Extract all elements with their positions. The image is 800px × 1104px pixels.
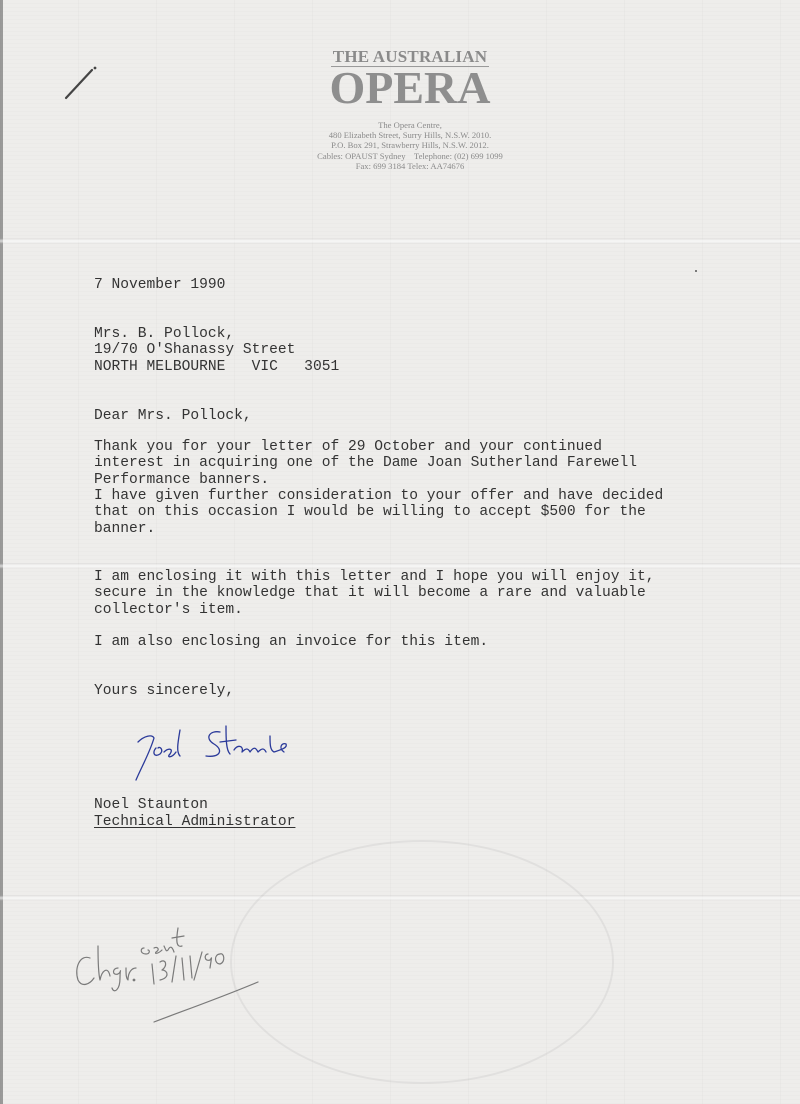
watermark-emblem bbox=[230, 840, 614, 1084]
org-address: The Opera Centre, 480 Elizabeth Street, … bbox=[290, 120, 530, 171]
scan-edge bbox=[0, 0, 3, 1104]
address-line: Cables: OPAUST Sydney Telephone: (02) 69… bbox=[290, 151, 530, 161]
letter-date: 7 November 1990 bbox=[94, 277, 225, 293]
signature: Noel Staunton bbox=[130, 722, 300, 787]
handwritten-annotation: Chq. sent 13/11/90 bbox=[70, 918, 270, 1028]
ink-speck bbox=[695, 270, 697, 272]
recipient-line: NORTH MELBOURNE VIC 3051 bbox=[94, 359, 339, 375]
signer-title: Technical Administrator bbox=[94, 814, 295, 830]
address-line: The Opera Centre, bbox=[290, 120, 530, 130]
address-line: P.O. Box 291, Strawberry Hills, N.S.W. 2… bbox=[290, 140, 530, 150]
salutation: Dear Mrs. Pollock, bbox=[94, 408, 252, 424]
closing: Yours sincerely, bbox=[94, 683, 234, 699]
address-line: Fax: 699 3184 Telex: AA74676 bbox=[290, 161, 530, 171]
recipient-line: Mrs. B. Pollock, bbox=[94, 326, 339, 342]
address-line: 480 Elizabeth Street, Surry Hills, N.S.W… bbox=[290, 130, 530, 140]
body-paragraph: I have given further consideration to yo… bbox=[94, 488, 663, 537]
body-paragraph: Thank you for your letter of 29 October … bbox=[94, 439, 637, 488]
recipient-line: 19/70 O'Shanassy Street bbox=[94, 342, 339, 358]
body-paragraph: I am enclosing it with this letter and I… bbox=[94, 569, 655, 618]
pen-mark-icon bbox=[62, 64, 102, 104]
paper-fold-top bbox=[0, 238, 800, 244]
signer-name: Noel Staunton bbox=[94, 797, 208, 813]
org-name-line2: OPERA bbox=[290, 66, 530, 110]
letterhead: THE AUSTRALIAN OPERA The Opera Centre, 4… bbox=[290, 48, 530, 171]
recipient-address: Mrs. B. Pollock,19/70 O'Shanassy StreetN… bbox=[94, 326, 339, 375]
body-paragraph: I am also enclosing an invoice for this … bbox=[94, 634, 488, 650]
